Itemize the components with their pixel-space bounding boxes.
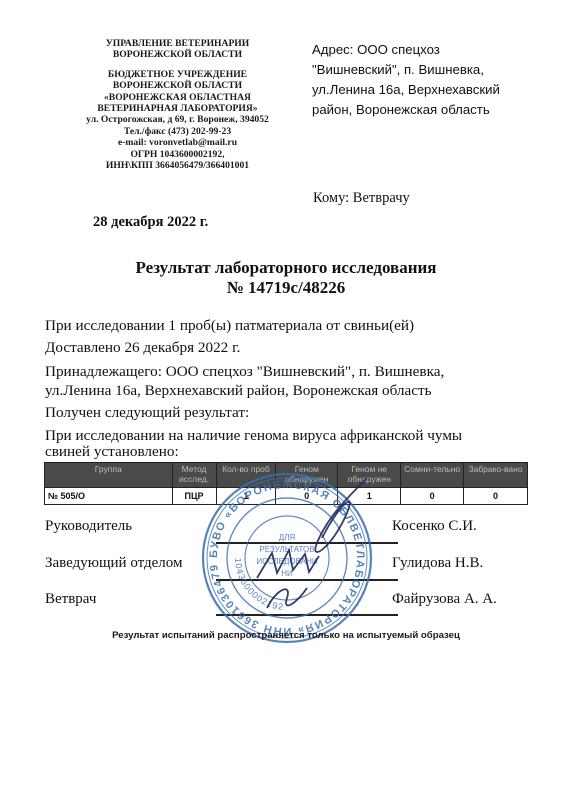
title-line: Результат лабораторного исследования <box>0 258 572 278</box>
column-header: Кол-во проб <box>216 463 276 488</box>
body-line: Принадлежащего: ООО спецхоз "Вишневский"… <box>45 362 545 382</box>
org-line: ВОРОНЕЖСКОЙ ОБЛАСТИ <box>55 49 300 60</box>
org-line: УПРАВЛЕНИЕ ВЕТЕРИНАРИИ <box>55 38 300 49</box>
document-title: Результат лабораторного исследования № 1… <box>0 258 572 298</box>
signature-name: Косенко С.И. <box>392 518 477 535</box>
cell-sample-count: 1 <box>216 488 276 505</box>
column-header: Сомни-тельно <box>401 463 464 488</box>
institution-line: ВОРОНЕЖСКОЙ ОБЛАСТИ <box>55 80 300 91</box>
address-line: "Вишневский", п. Вишневка, <box>312 60 552 80</box>
institution-line: ВЕТЕРИНАРНАЯ ЛАБОРАТОРИЯ» <box>55 103 300 114</box>
column-header: Забрако-вано <box>464 463 528 488</box>
signature-name: Гулидова Н.В. <box>392 555 483 572</box>
institution-line: БЮДЖЕТНОЕ УЧРЕЖДЕНИЕ <box>55 69 300 80</box>
institution-line: «ВОРОНЕЖСКАЯ ОБЛАСТНАЯ <box>55 92 300 103</box>
cell-genome-detected: 0 <box>276 488 338 505</box>
body-line: свиней установлено: <box>45 442 545 462</box>
column-header: Геном не обнаружен <box>338 463 401 488</box>
body-line: Доставлено 26 декабря 2022 г. <box>45 338 545 358</box>
recipient-address: Адрес: ООО спецхоз "Вишневский", п. Вишн… <box>312 40 552 120</box>
cell-group: № 505/О <box>45 488 173 505</box>
cell-doubtful: 0 <box>401 488 464 505</box>
signature-line <box>216 579 398 581</box>
institution-inn: ИНН\КПП 3664056479/366401001 <box>55 160 300 171</box>
footer-note: Результат испытаний распространяется тол… <box>0 630 572 641</box>
result-number: № 14719с/48226 <box>0 278 572 298</box>
signature-role: Заведующий отделом <box>45 555 182 572</box>
institution-ogrn: ОГРН 1043600002192, <box>55 149 300 160</box>
svg-text:РЕЗУЛЬТАТОВ: РЕЗУЛЬТАТОВ <box>259 545 314 554</box>
signature-name: Файрузова А. А. <box>392 591 497 608</box>
svg-text:НИ: НИ <box>281 569 293 578</box>
table-header-row: Группа Метод исслед. Кол-во проб Геном о… <box>45 463 528 488</box>
table-row: № 505/О ПЦР 1 0 1 0 0 <box>45 488 528 505</box>
svg-text:1043600002192: 1043600002192 <box>233 557 285 611</box>
body-line: Получен следующий результат: <box>45 403 545 423</box>
address-line: район, Воронежская область <box>312 100 552 120</box>
svg-text:ИССЛЕДОВАНИ: ИССЛЕДОВАНИ <box>256 557 317 566</box>
cell-rejected: 0 <box>464 488 528 505</box>
signature-role: Руководитель <box>45 518 132 535</box>
recipient: Кому: Ветврачу <box>313 190 410 207</box>
signature-role: Ветврач <box>45 591 96 608</box>
column-header: Группа <box>45 463 173 488</box>
column-header: Геном обнаружен <box>276 463 338 488</box>
institution-address: ул. Острогожская, д 69, г. Воронеж, 3940… <box>55 114 300 125</box>
address-line: ул.Ленина 16а, Верхнехавский <box>312 80 552 100</box>
issuer-block: УПРАВЛЕНИЕ ВЕТЕРИНАРИИ ВОРОНЕЖСКОЙ ОБЛАС… <box>55 38 300 171</box>
address-line: Адрес: ООО спецхоз <box>312 40 552 60</box>
body-line: При исследовании 1 проб(ы) патматериала … <box>45 316 545 336</box>
signature-line <box>216 542 398 544</box>
results-table: Группа Метод исслед. Кол-во проб Геном о… <box>44 462 528 505</box>
institution-email: e-mail: voronvetlab@mail.ru <box>55 137 300 148</box>
signature-line <box>216 614 398 616</box>
column-header: Метод исслед. <box>172 463 216 488</box>
cell-genome-not-detected: 1 <box>338 488 401 505</box>
svg-text:ДЛЯ: ДЛЯ <box>279 533 296 542</box>
body-line: ул.Ленина 16а, Верхнехавский район, Воро… <box>45 381 545 401</box>
cell-method: ПЦР <box>172 488 216 505</box>
institution-phone: Тел./факс (473) 202-99-23 <box>55 126 300 137</box>
document-date: 28 декабря 2022 г. <box>93 214 208 231</box>
